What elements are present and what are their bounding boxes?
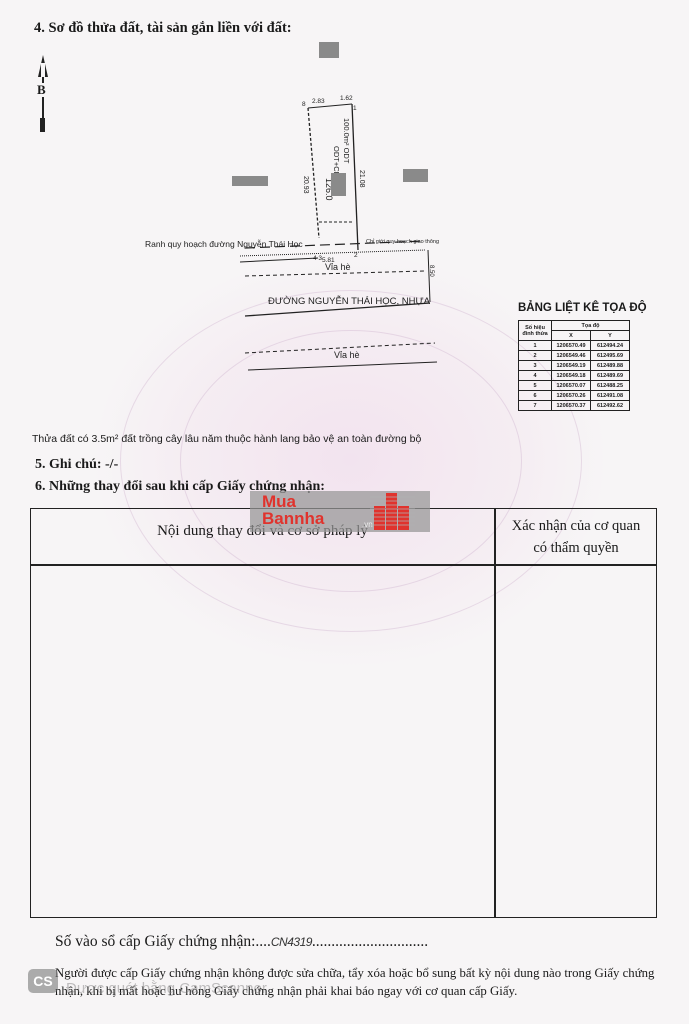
header-y: Y (591, 331, 630, 341)
header-coords: Tọa độ (552, 321, 630, 331)
coordinate-row: 51206570.07612488.25 (519, 381, 630, 391)
right-side-length: 21.08 (358, 170, 365, 188)
coordinate-cell-x: 1206570.07 (552, 381, 591, 391)
building-logo-icon (370, 493, 415, 530)
redaction-block (331, 173, 346, 196)
coordinate-row: 21206549.46612495.69 (519, 351, 630, 361)
vertex-label-2: 2 (354, 252, 358, 259)
section-5-notes: 5. Ghi chú: -/- (35, 457, 118, 473)
road-name: ĐƯỜNG NGUYỄN THÁI HỌC, NHỰA (268, 295, 431, 307)
top-segment-a: 2.83 (312, 98, 325, 105)
coordinate-cell-point: 6 (519, 391, 552, 401)
coordinate-cell-y: 612491.08 (591, 391, 630, 401)
planning-line-label: Ranh quy hoạch đường Nguyễn Thái Học (145, 239, 303, 249)
col2-header-line1: Xác nhận của cơ quan (496, 515, 656, 537)
redaction-block (232, 176, 268, 186)
changes-col2-header: Xác nhận của cơ quan có thẩm quyền (496, 515, 656, 559)
left-side-length: 20.93 (302, 176, 309, 194)
boundary-label: Chỉ giới quy hoạch giao thông (366, 238, 439, 245)
header-x: X (552, 331, 591, 341)
coordinate-cell-point: 3 (519, 361, 552, 371)
coordinate-table-title: BẢNG LIỆT KÊ TỌA ĐỘ (518, 302, 647, 314)
certificate-entry-dots: .............................. (312, 933, 428, 950)
camscanner-watermark-text: Được quét bằng CamScanner (66, 980, 267, 997)
brand-line1: Mua (262, 493, 296, 510)
certificate-entry-value: CN4319 (271, 935, 312, 949)
coordinate-cell-y: 612489.88 (591, 361, 630, 371)
muabannha-watermark: Mua Bannha .vn (250, 491, 430, 532)
redaction-block (403, 169, 428, 182)
coordinate-cell-x: 1206549.46 (552, 351, 591, 361)
coordinate-cell-y: 612494.24 (591, 341, 630, 351)
sidewalk-bottom-label: Vỉa hè (334, 350, 360, 360)
camscanner-badge-icon: CS (28, 969, 58, 993)
coordinate-cell-y: 612495.69 (591, 351, 630, 361)
vertex-label-8: 8 (302, 101, 306, 108)
coordinate-cell-x: 1206549.19 (552, 361, 591, 371)
coordinate-cell-point: 5 (519, 381, 552, 391)
coordinate-cell-x: 1206570.26 (552, 391, 591, 401)
coordinate-cell-y: 612489.69 (591, 371, 630, 381)
vertex-label-1: 1 (353, 105, 357, 112)
coordinate-table: Số hiệu đỉnh thửa Tọa độ X Y 11206570.49… (518, 320, 630, 411)
sidewalk-top-label: Vỉa hè (325, 262, 351, 272)
coordinate-cell-point: 7 (519, 401, 552, 411)
coordinate-row: 61206570.26612491.08 (519, 391, 630, 401)
coordinate-cell-x: 1206549.18 (552, 371, 591, 381)
coordinate-row: 71206570.37612492.62 (519, 401, 630, 411)
coordinate-cell-x: 1206570.37 (552, 401, 591, 411)
coordinate-row: 41206549.18612489.69 (519, 371, 630, 381)
area-label: 100.0m² ODT (342, 118, 351, 164)
coordinate-cell-point: 1 (519, 341, 552, 351)
vertex-label-43: 4 3 (313, 255, 322, 262)
corridor-note: Thửa đất có 3.5m² đất trồng cây lâu năm … (32, 433, 421, 445)
coordinate-cell-x: 1206570.49 (552, 341, 591, 351)
header-point: Số hiệu đỉnh thửa (519, 321, 552, 341)
coordinate-cell-y: 612488.25 (591, 381, 630, 391)
coordinate-row: 11206570.49612494.24 (519, 341, 630, 351)
coordinate-cell-point: 4 (519, 371, 552, 381)
col2-header-line2: có thẩm quyền (496, 537, 656, 559)
brand-line2: Bannha (262, 510, 324, 527)
coordinate-row: 31206549.19612489.88 (519, 361, 630, 371)
changes-table: Nội dung thay đổi và cơ sở pháp lý Xác n… (30, 508, 657, 918)
coordinate-cell-point: 2 (519, 351, 552, 361)
certificate-entry: Số vào sổ cấp Giấy chứng nhận:....CN4319… (55, 933, 428, 951)
certificate-entry-label: Số vào sổ cấp Giấy chứng nhận:.... (55, 933, 271, 950)
coordinate-cell-y: 612492.62 (591, 401, 630, 411)
top-segment-b: 1.62 (340, 95, 353, 102)
road-width: 8.50 (428, 265, 434, 277)
